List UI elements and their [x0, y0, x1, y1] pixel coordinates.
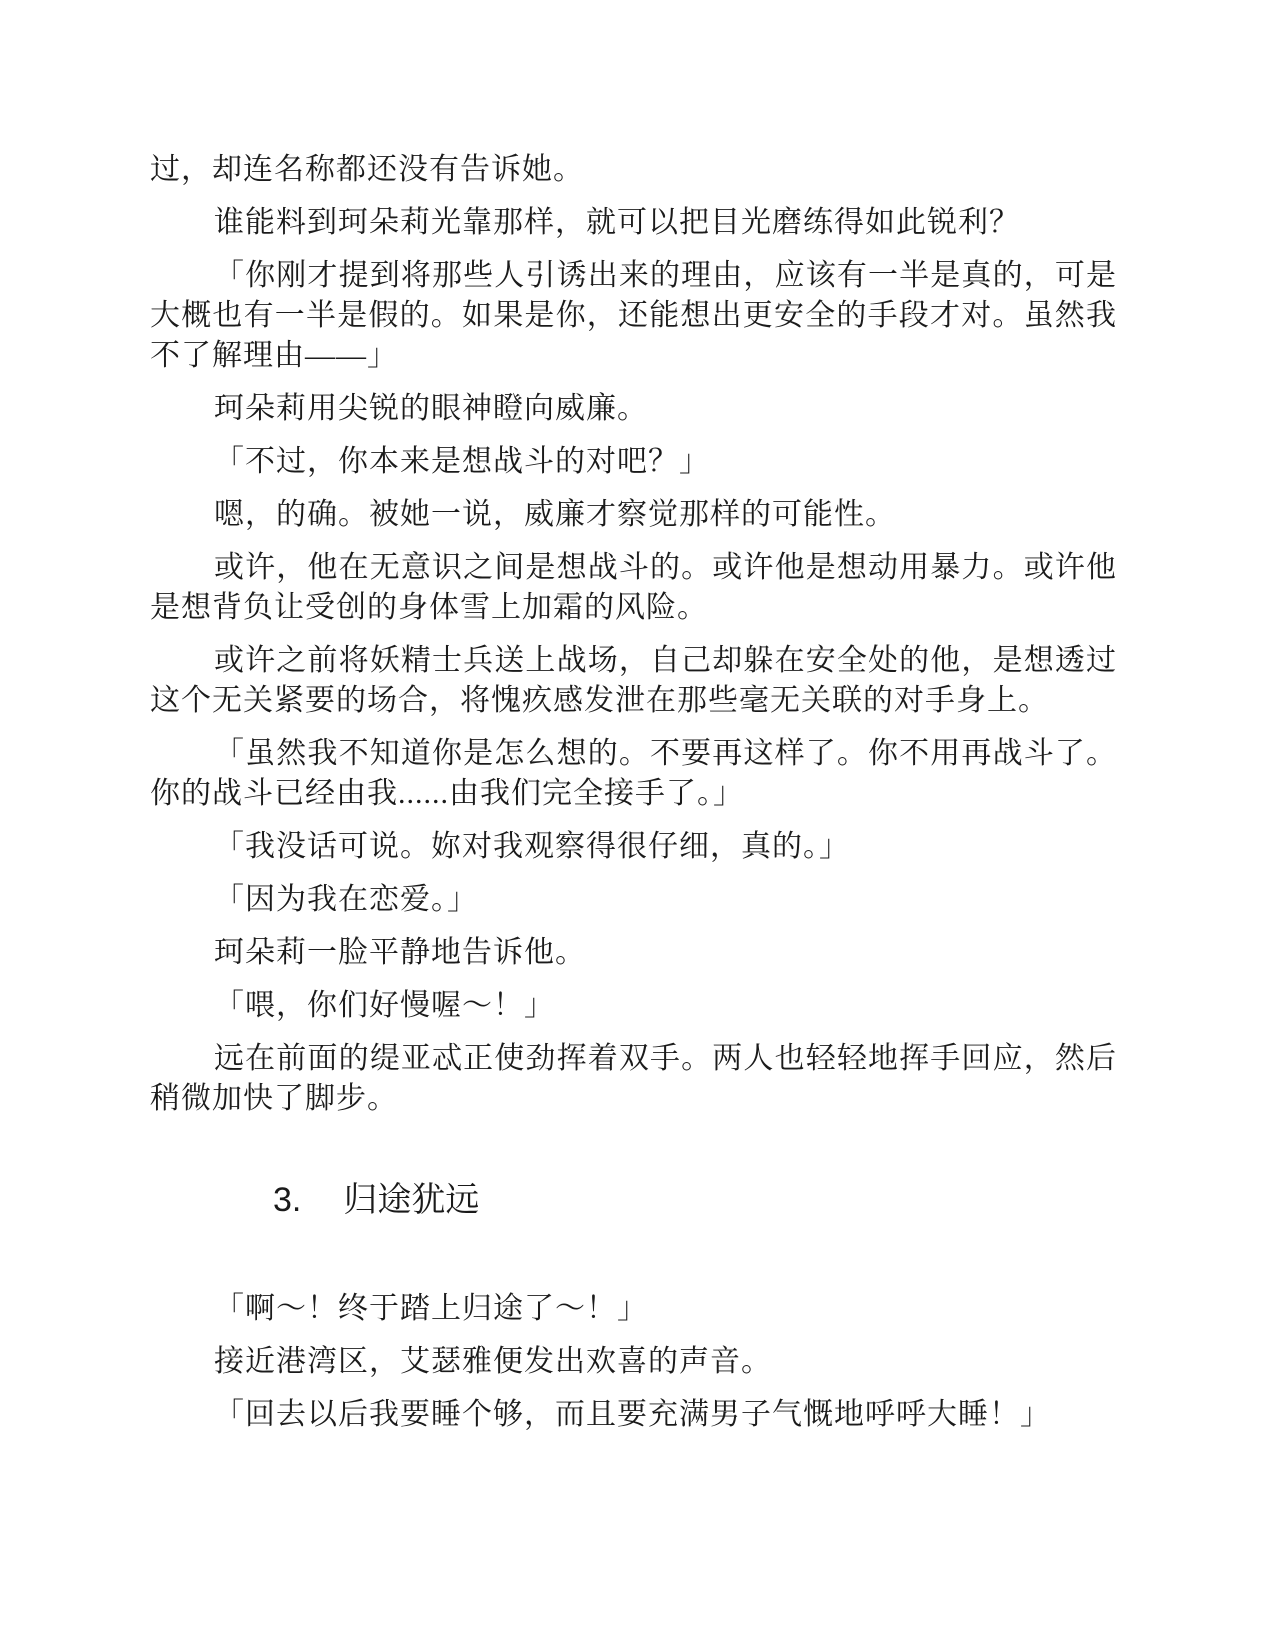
paragraph: 远在前面的缇亚忒正使劲挥着双手。两人也轻轻地挥手回应，然后稍微加快了脚步。	[150, 1039, 1117, 1119]
paragraph: 「你刚才提到将那些人引诱出来的理由，应该有一半是真的，可是大概也有一半是假的。如…	[150, 256, 1117, 376]
paragraph: 珂朵莉一脸平静地告诉他。	[150, 933, 1117, 973]
paragraph: 过，却连名称都还没有告诉她。	[150, 150, 1117, 190]
section-heading: 3. 归途犹远	[273, 1177, 1117, 1223]
paragraph: 「啊～！终于踏上归途了～！」	[150, 1289, 1117, 1329]
paragraph: 或许，他在无意识之间是想战斗的。或许他是想动用暴力。或许他是想背负让受创的身体雪…	[150, 548, 1117, 628]
paragraph: 或许之前将妖精士兵送上战场，自己却躲在安全处的他，是想透过这个无关紧要的场合，将…	[150, 641, 1117, 721]
paragraph: 「喂，你们好慢喔～！」	[150, 986, 1117, 1026]
paragraph: 「虽然我不知道你是怎么想的。不要再这样了。你不用再战斗了。你的战斗已经由我...…	[150, 734, 1117, 814]
paragraph: 嗯，的确。被她一说，威廉才察觉那样的可能性。	[150, 495, 1117, 535]
section-heading-number: 3.	[273, 1177, 301, 1223]
paragraph: 「不过，你本来是想战斗的对吧？」	[150, 442, 1117, 482]
paragraph: 「因为我在恋爱。」	[150, 880, 1117, 920]
paragraph: 「回去以后我要睡个够，而且要充满男子气慨地呼呼大睡！」	[150, 1395, 1117, 1435]
paragraph: 谁能料到珂朵莉光靠那样，就可以把目光磨练得如此锐利？	[150, 203, 1117, 243]
section-heading-title: 归途犹远	[343, 1177, 479, 1223]
paragraph: 接近港湾区，艾瑟雅便发出欢喜的声音。	[150, 1342, 1117, 1382]
paragraph: 「我没话可说。妳对我观察得很仔细，真的。」	[150, 827, 1117, 867]
paragraph: 珂朵莉用尖锐的眼神瞪向威廉。	[150, 389, 1117, 429]
document-page: 过，却连名称都还没有告诉她。 谁能料到珂朵莉光靠那样，就可以把目光磨练得如此锐利…	[0, 0, 1275, 1650]
